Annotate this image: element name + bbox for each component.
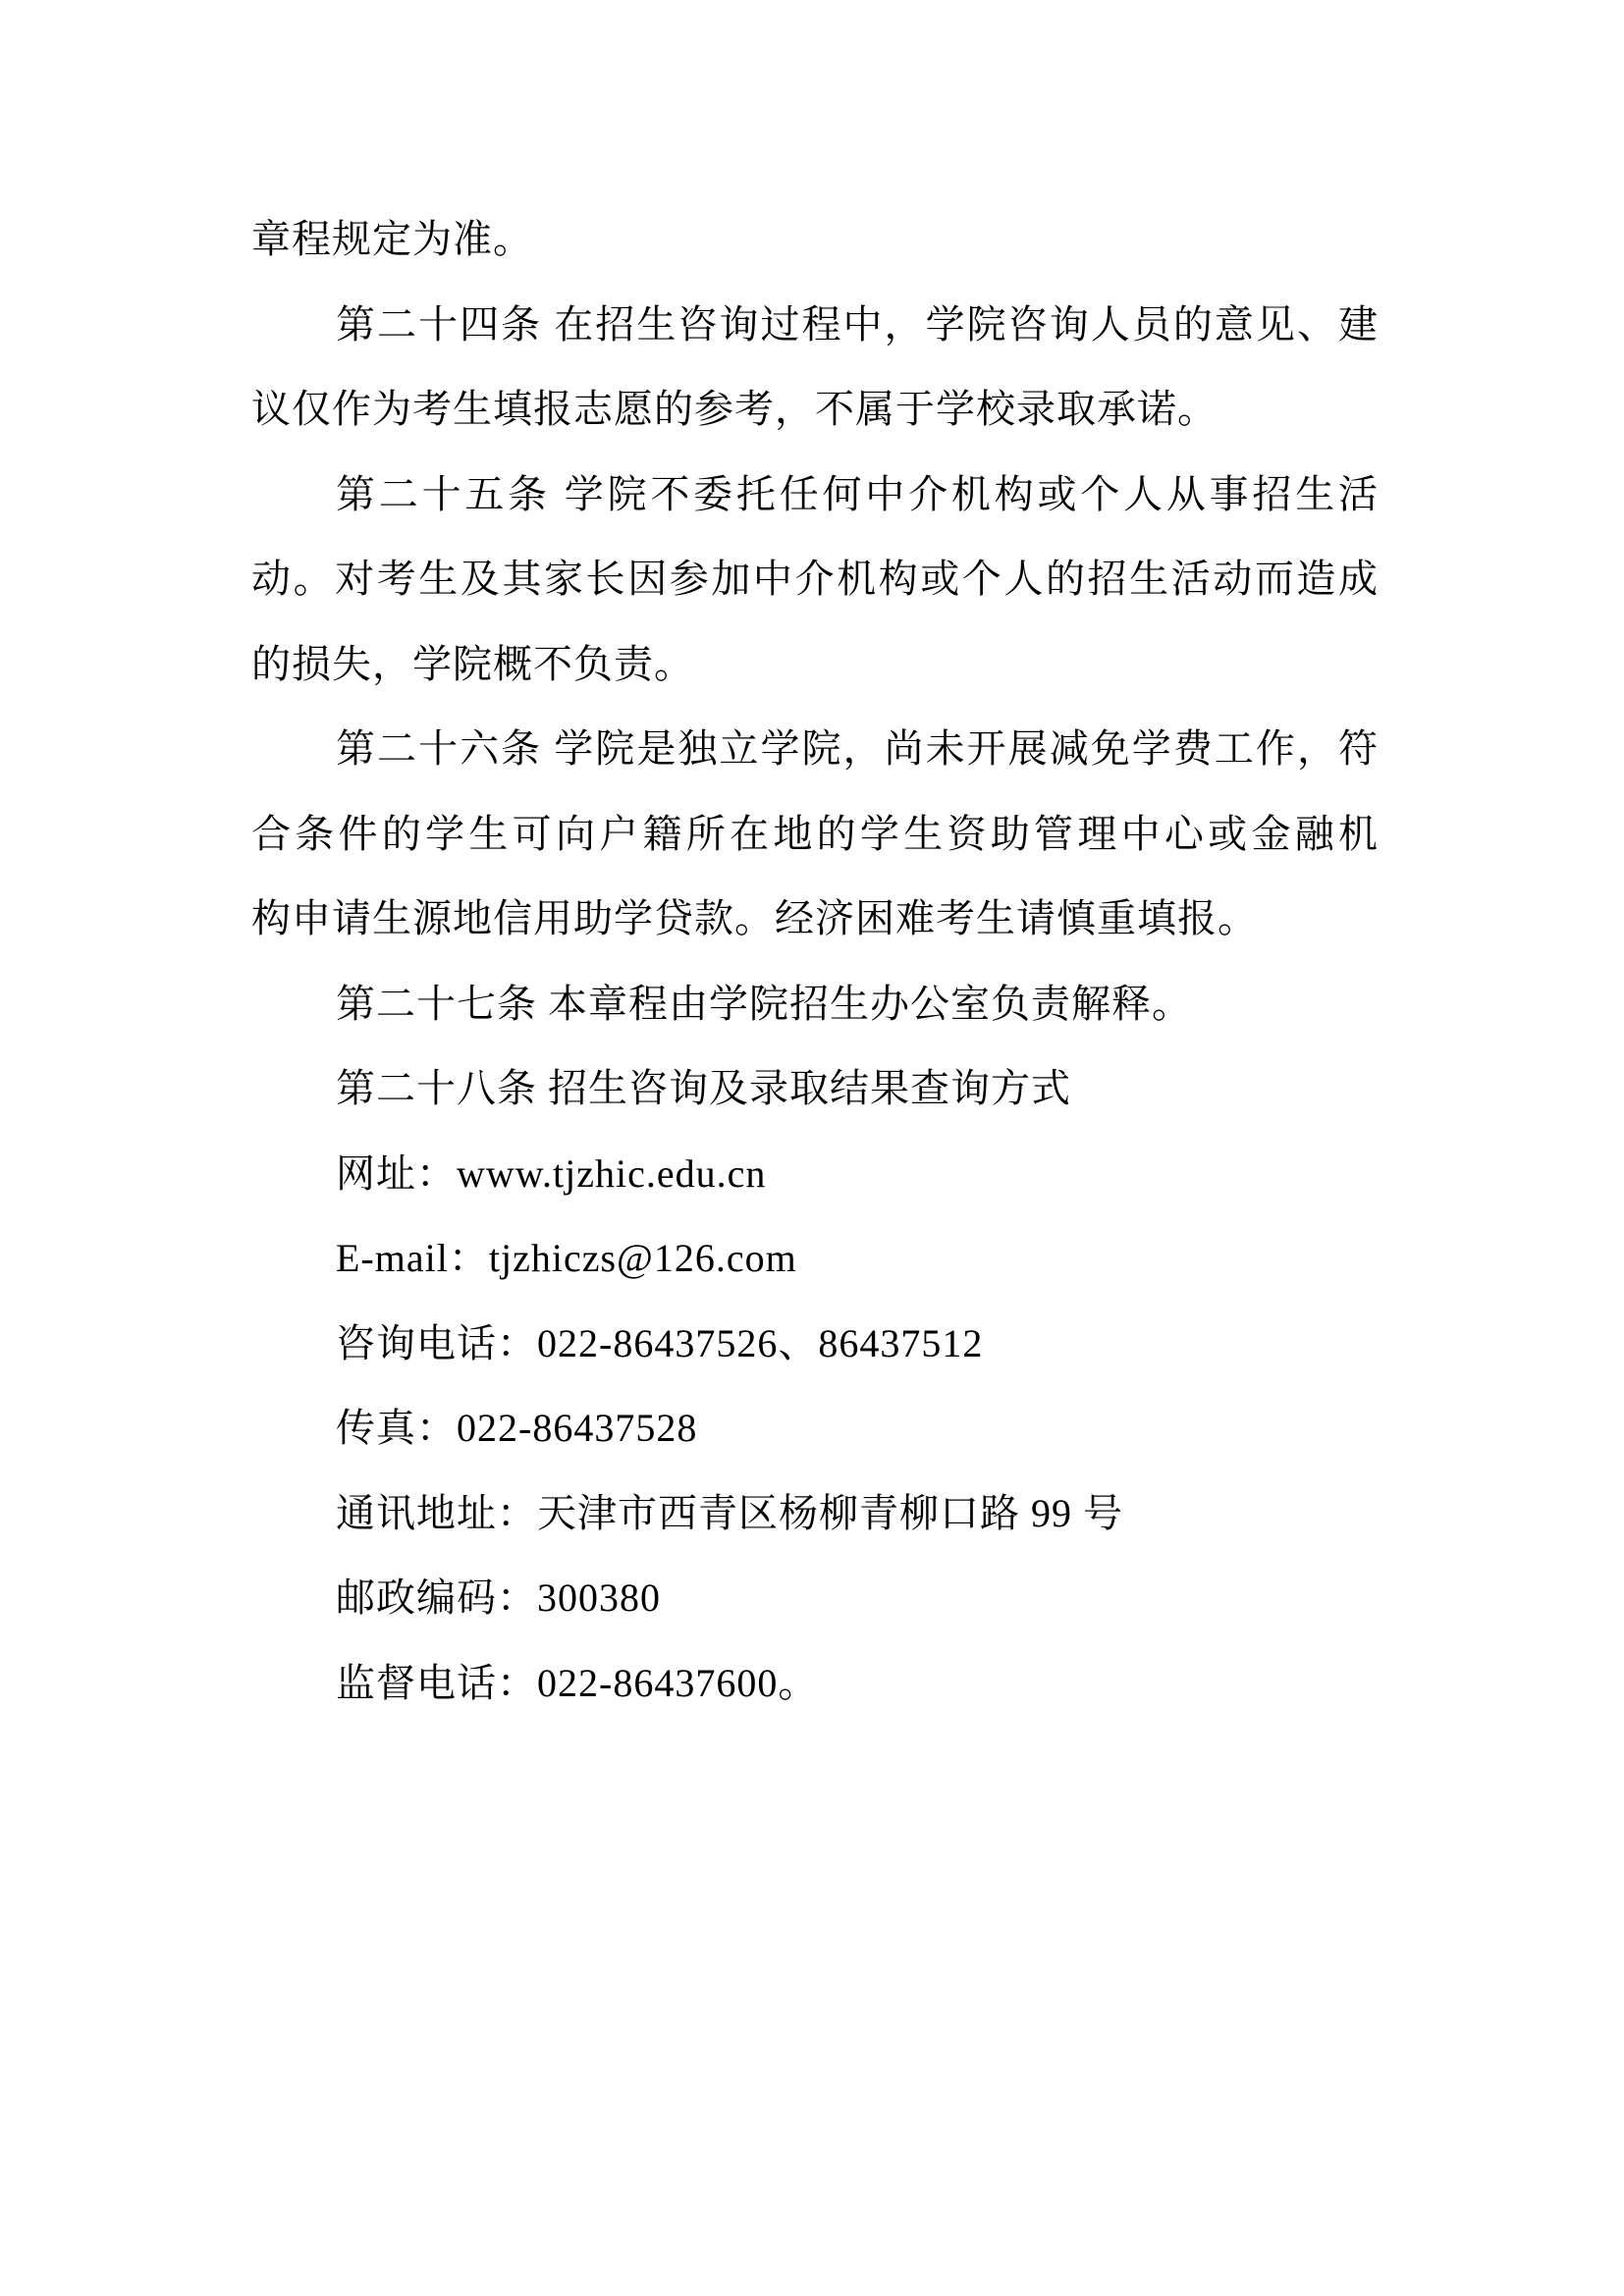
contact-email-line: E-mail：tjzhiczs@126.com [251, 1216, 1379, 1302]
document-page: 章程规定为准。 第二十四条 在招生咨询过程中，学院咨询人员的意见、建 议仅作为考… [0, 0, 1624, 2296]
contact-supervision-line: 监督电话：022-86437600。 [251, 1641, 1379, 1727]
contact-phone-line: 咨询电话：022-86437526、86437512 [251, 1302, 1379, 1387]
document-line: 第二十七条 本章程由学院招生办公室负责解释。 [251, 962, 1379, 1047]
document-line: 章程规定为准。 [251, 197, 1379, 283]
document-line: 议仅作为考生填报志愿的参考，不属于学校录取承诺。 [251, 367, 1379, 453]
contact-fax-line: 传真：022-86437528 [251, 1386, 1379, 1471]
document-line: 的损失，学院概不负责。 [251, 622, 1379, 708]
document-body: 章程规定为准。 第二十四条 在招生咨询过程中，学院咨询人员的意见、建 议仅作为考… [251, 197, 1379, 1726]
document-line: 第二十四条 在招生咨询过程中，学院咨询人员的意见、建 [251, 283, 1379, 368]
contact-website-line: 网址：www.tjzhic.edu.cn [251, 1132, 1379, 1217]
document-line: 动。对考生及其家长因参加中介机构或个人的招生活动而造成 [251, 537, 1379, 622]
document-line: 第二十六条 学院是独立学院，尚未开展减免学费工作，符 [251, 707, 1379, 792]
contact-postcode-line: 邮政编码：300380 [251, 1556, 1379, 1641]
document-line: 合条件的学生可向户籍所在地的学生资助管理中心或金融机 [251, 792, 1379, 878]
document-line: 第二十八条 招生咨询及录取结果查询方式 [251, 1046, 1379, 1132]
document-line: 构申请生源地信用助学贷款。经济困难考生请慎重填报。 [251, 877, 1379, 962]
contact-address-line: 通讯地址：天津市西青区杨柳青柳口路 99 号 [251, 1471, 1379, 1557]
document-line: 第二十五条 学院不委托任何中介机构或个人从事招生活 [251, 453, 1379, 538]
